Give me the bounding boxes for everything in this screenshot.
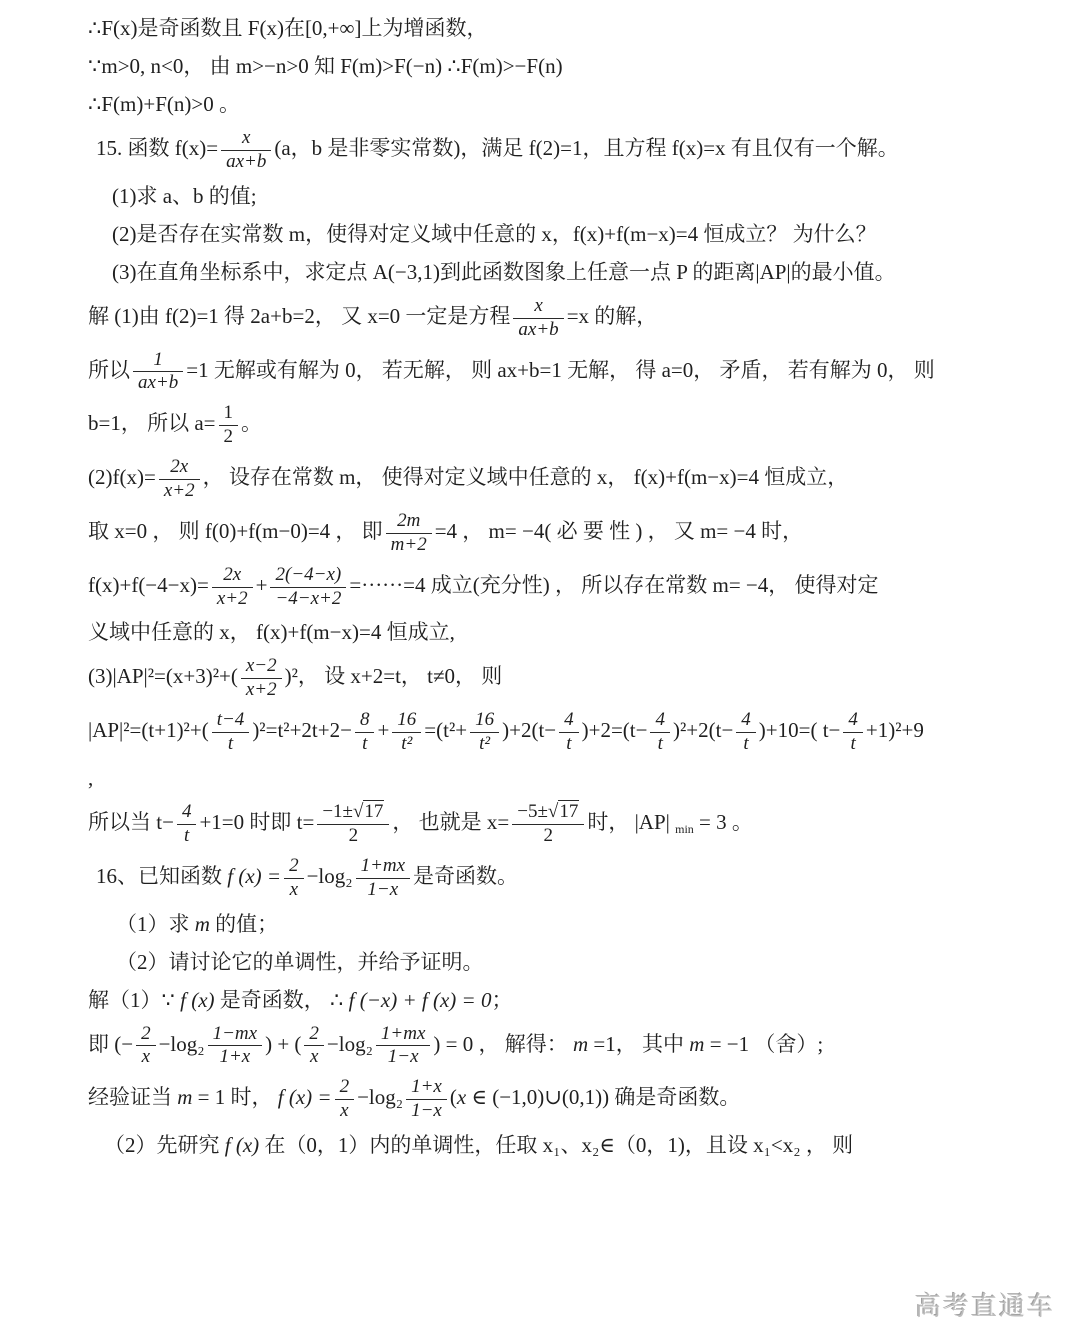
text-run: |AP|²=(t+1)²+( xyxy=(88,718,209,742)
text-line: ∴F(m)+F(n)>0 。 xyxy=(88,88,1031,121)
text-run: )²， 设 x+2=t， t≠0， 则 xyxy=(285,665,503,689)
text-line: (2)是否存在实常数 m，使得对定义域中任意的 x，f(x)+f(m−x)=4 … xyxy=(88,218,1031,251)
math-variable: f (x) = xyxy=(278,1086,332,1110)
text-run: 时， |AP| xyxy=(587,810,675,834)
fraction: 2x xyxy=(284,856,304,901)
math-variable: x xyxy=(457,1086,466,1110)
math-variable: m xyxy=(689,1032,704,1056)
fraction: 2xx+2 xyxy=(212,565,253,610)
text-line: b=1， 所以 a=12。 xyxy=(88,401,1031,450)
fraction: x−2x+2 xyxy=(241,656,282,701)
fraction: 2x xyxy=(335,1077,355,1122)
text-run: 解 (1)由 f(2)=1 得 2a+b=2， 又 x=0 一定是方程 xyxy=(88,304,510,328)
text-line: 经验证当 m = 1 时， f (x) =2x−log₂1+x1−x(x ∈ (… xyxy=(88,1075,1031,1124)
text-run: −log₂ xyxy=(357,1086,403,1110)
text-line: （2）请讨论它的单调性，并给予证明。 xyxy=(88,946,1031,979)
fraction: 16t² xyxy=(392,710,421,755)
fraction: 4t xyxy=(177,802,197,847)
text-line: （1）求 m 的值； xyxy=(88,908,1031,941)
text-run: )+2(t− xyxy=(502,718,556,742)
subscript: min xyxy=(675,822,694,836)
text-run: 义域中任意的 x， f(x)+f(m−x)=4 恒成立, xyxy=(88,620,455,644)
fraction: 12 xyxy=(219,403,239,448)
text-line: f(x)+f(−4−x)=2xx+2+2(−4−x)−4−x+2=······=… xyxy=(88,563,1031,612)
sqrt-radical: √17 xyxy=(548,800,579,822)
math-variable: m xyxy=(573,1032,588,1056)
text-run: , xyxy=(88,766,93,790)
fraction: xax+b xyxy=(513,296,563,341)
text-line: (3)|AP|²=(x+3)²+(x−2x+2)²， 设 x+2=t， t≠0，… xyxy=(88,654,1031,703)
text-run: (1)求 a、b 的值; xyxy=(112,184,257,208)
text-run: = −1 （舍）; xyxy=(704,1032,823,1056)
math-variable: f (x) xyxy=(225,1133,259,1157)
fraction: 2mm+2 xyxy=(386,511,432,556)
text-line: 16、已知函数 f (x) =2x−log₂1+mx1−x是奇函数。 xyxy=(88,854,1031,903)
document-page: ∴F(x)是奇函数且 F(x)在[0,+∞]上为增函数，∵m>0, n<0， 由… xyxy=(0,0,1067,1162)
fraction: −1±√172 xyxy=(317,802,389,847)
fraction: 4t xyxy=(559,710,579,755)
text-run: (a，b 是非零实常数)，满足 f(2)=1，且方程 f(x)=x 有且仅有一个… xyxy=(274,136,898,160)
math-variable: m xyxy=(195,912,210,936)
text-line: (2)f(x)=2xx+2， 设存在常数 m， 使得对定义域中任意的 x， f(… xyxy=(88,455,1031,504)
text-run: （2）请讨论它的单调性，并给予证明。 xyxy=(116,950,484,974)
fraction: 1+mx1−x xyxy=(376,1024,430,1069)
math-variable: f (−x) + f (x) = 0 xyxy=(349,988,492,1012)
fraction: 2xx+2 xyxy=(159,457,200,502)
text-line: （2）先研究 f (x) 在（0，1）内的单调性，任取 x₁、x₂∈（0，1)，… xyxy=(88,1129,1031,1162)
text-line: ∴F(x)是奇函数且 F(x)在[0,+∞]上为增函数， xyxy=(88,12,1031,45)
text-run: ( xyxy=(450,1086,457,1110)
text-run: ∵m>0, n<0， 由 m>−n>0 知 F(m)>F(−n) ∴F(m)>−… xyxy=(88,54,563,78)
math-solution-text: ∴F(x)是奇函数且 F(x)在[0,+∞]上为增函数，∵m>0, n<0， 由… xyxy=(88,12,1031,1162)
text-run: )²+2(t− xyxy=(673,718,733,742)
text-run: 取 x=0 ， 则 f(0)+f(m−0)=4 ， 即 xyxy=(88,519,383,543)
text-run: (2)f(x)= xyxy=(88,465,156,489)
text-run: )+2=(t− xyxy=(582,718,648,742)
text-line: 所以1ax+b=1 无解或有解为 0， 若无解， 则 ax+b=1 无解， 得 … xyxy=(88,348,1031,397)
fraction: 16t² xyxy=(470,710,499,755)
fraction: 2(−4−x)−4−x+2 xyxy=(270,565,346,610)
text-run: ) + ( xyxy=(265,1032,301,1056)
text-line: 义域中任意的 x， f(x)+f(m−x)=4 恒成立, xyxy=(88,616,1031,649)
text-line: 解（1）∵ f (x) 是奇函数， ∴ f (−x) + f (x) = 0； xyxy=(88,984,1031,1017)
text-run: + xyxy=(256,573,268,597)
text-run: (2)是否存在实常数 m，使得对定义域中任意的 x，f(x)+f(m−x)=4 … xyxy=(112,222,877,246)
fraction: 2x xyxy=(304,1024,324,1069)
text-run: = 3 。 xyxy=(694,810,753,834)
text-run: (3)在直角坐标系中，求定点 A(−3,1)到此函数图象上任意一点 P 的距离|… xyxy=(112,260,896,284)
text-line: (1)求 a、b 的值; xyxy=(88,180,1031,213)
math-variable: f (x) xyxy=(180,988,214,1012)
fraction: 1+mx1−x xyxy=(356,856,410,901)
text-run: )+10=( t− xyxy=(759,718,841,742)
text-run: ， 设存在常数 m， 使得对定义域中任意的 x， f(x)+f(m−x)=4 恒… xyxy=(203,465,849,489)
text-run: 16、已知函数 xyxy=(96,864,227,888)
fraction: xax+b xyxy=(221,128,271,173)
math-variable: f (x) = xyxy=(227,864,281,888)
text-run: =4 ， m= −4( 必 要 性 ) ， 又 m= −4 时， xyxy=(435,519,803,543)
text-run: −5± xyxy=(517,801,548,822)
text-run: （2）先研究 xyxy=(104,1133,225,1157)
radical-sign-icon: √ xyxy=(548,801,558,822)
fraction: 4t xyxy=(736,710,756,755)
text-run: = 1 时， xyxy=(192,1086,277,1110)
text-run: −log₂ xyxy=(159,1032,205,1056)
text-run: ∈ (−1,0)∪(0,1)) 确是奇函数。 xyxy=(466,1086,740,1110)
text-run: 的值； xyxy=(210,912,278,936)
text-run: +1)²+9 xyxy=(866,718,924,742)
radical-sign-icon: √ xyxy=(353,801,363,822)
text-line: 所以当 t−4t+1=0 时即 t=−1±√172， 也就是 x=−5±√172… xyxy=(88,800,1031,849)
text-line: 解 (1)由 f(2)=1 得 2a+b=2， 又 x=0 一定是方程xax+b… xyxy=(88,294,1031,343)
text-run: ； xyxy=(491,988,512,1012)
text-run: ) = 0 ， 解得： xyxy=(433,1032,573,1056)
text-run: （1）求 xyxy=(116,912,195,936)
text-line: ∵m>0, n<0， 由 m>−n>0 知 F(m)>F(−n) ∴F(m)>−… xyxy=(88,50,1031,83)
text-run: ， 也就是 x= xyxy=(392,810,509,834)
sqrt-radical: √17 xyxy=(353,800,384,822)
text-run: f(x)+f(−4−x)= xyxy=(88,573,209,597)
text-run: =1 无解或有解为 0， 若无解， 则 ax+b=1 无解， 得 a=0， 矛盾… xyxy=(186,358,935,382)
text-run: 。 xyxy=(241,412,262,436)
text-run: 所以当 t− xyxy=(88,810,174,834)
text-run: 在（0，1）内的单调性，任取 x₁、x₂∈（0，1)，且设 x₁<x₂ ， 则 xyxy=(259,1133,853,1157)
fraction: 1ax+b xyxy=(133,350,183,395)
text-line: 取 x=0 ， 则 f(0)+f(m−0)=4 ， 即2mm+2=4 ， m= … xyxy=(88,509,1031,558)
watermark: 高考直通车 xyxy=(915,1286,1055,1323)
text-run: b=1， 所以 a= xyxy=(88,412,216,436)
text-run: )²=t²+2t+2− xyxy=(252,718,352,742)
text-run: 所以 xyxy=(88,358,130,382)
text-line: |AP|²=(t+1)²+(t−4t)²=t²+2t+2−8t+16t²=(t²… xyxy=(88,708,1031,757)
fraction: 1−mx1+x xyxy=(208,1024,262,1069)
text-run: 经验证当 xyxy=(88,1086,177,1110)
fraction: t−4t xyxy=(212,710,250,755)
text-run: =······=4 成立(充分性) ， 所以存在常数 m= −4， 使得对定 xyxy=(349,573,878,597)
text-line: , xyxy=(88,762,1031,795)
text-line: 即 (−2x−log₂1−mx1+x) + (2x−log₂1+mx1−x) =… xyxy=(88,1022,1031,1071)
text-run: 解（1）∵ xyxy=(88,988,180,1012)
text-run: +1=0 时即 t= xyxy=(199,810,314,834)
fraction: 4t xyxy=(650,710,670,755)
text-run: =(t²+ xyxy=(424,718,467,742)
text-run: 是奇函数， ∴ xyxy=(215,988,349,1012)
text-run: ∴F(x)是奇函数且 F(x)在[0,+∞]上为增函数， xyxy=(88,16,488,40)
text-run: =x 的解， xyxy=(567,304,658,328)
fraction: 4t xyxy=(843,710,863,755)
text-run: (3)|AP|²=(x+3)²+( xyxy=(88,665,238,689)
math-variable: m xyxy=(177,1086,192,1110)
text-line: (3)在直角坐标系中，求定点 A(−3,1)到此函数图象上任意一点 P 的距离|… xyxy=(88,256,1031,289)
text-run: −log₂ xyxy=(307,864,353,888)
fraction: 1+x1−x xyxy=(406,1077,447,1122)
text-run: −log₂ xyxy=(327,1032,373,1056)
text-run: −1± xyxy=(322,801,353,822)
text-run: 即 (− xyxy=(88,1032,133,1056)
fraction: 8t xyxy=(355,710,375,755)
text-run: ∴F(m)+F(n)>0 。 xyxy=(88,92,240,116)
text-line: 15. 函数 f(x)=xax+b(a，b 是非零实常数)，满足 f(2)=1，… xyxy=(88,126,1031,175)
fraction: −5±√172 xyxy=(512,802,584,847)
text-run: =1， 其中 xyxy=(588,1032,689,1056)
text-run: 是奇函数。 xyxy=(413,864,518,888)
text-run: 15. 函数 f(x)= xyxy=(96,136,218,160)
text-run: + xyxy=(377,718,389,742)
fraction: 2x xyxy=(136,1024,156,1069)
